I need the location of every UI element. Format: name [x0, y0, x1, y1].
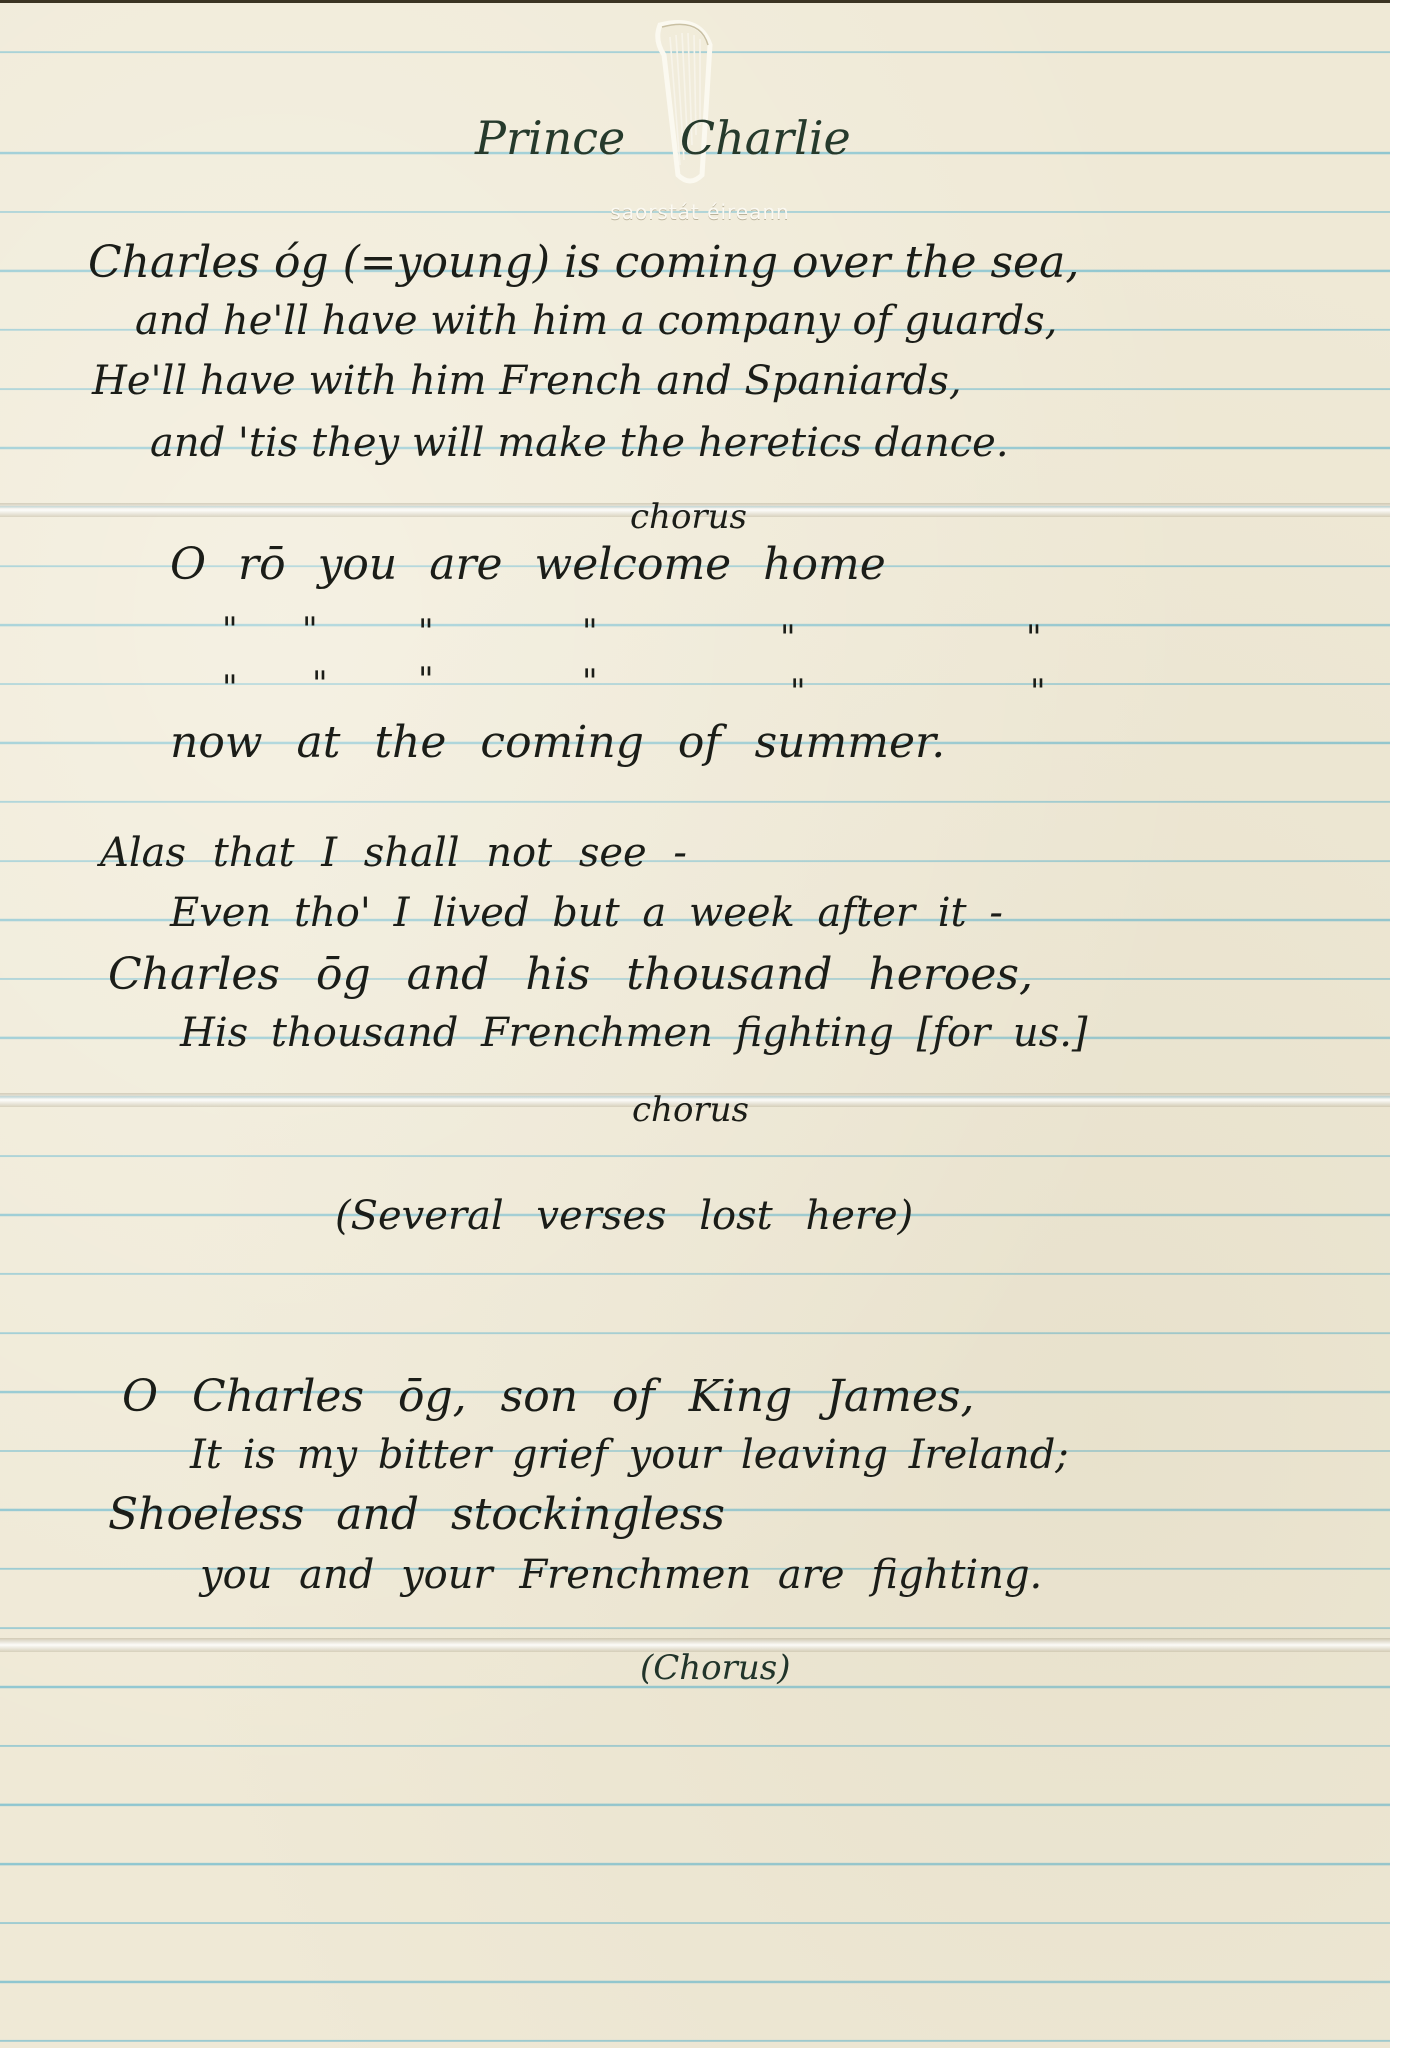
ditto-mark: " — [418, 615, 434, 649]
verse2-line1: Alas that I shall not see - — [100, 833, 687, 873]
ditto-mark: " — [312, 667, 328, 701]
ditto-mark: " — [302, 613, 318, 647]
verse2-line3: Charles ōg and his thousand heroes, — [108, 953, 1033, 997]
verse2-line4: His thousand Frenchmen fighting [for us.… — [180, 1013, 1088, 1053]
verse3-line4: you and your Frenchmen are fighting. — [200, 1555, 1042, 1595]
verse1-line2: and he'll have with him a company of gua… — [135, 301, 1057, 341]
ditto-mark: " — [790, 675, 806, 709]
ditto-mark: " — [222, 613, 238, 647]
lined-paper-sheet: saorstát éireann Prince Charlie Charles … — [0, 0, 1390, 2048]
ditto-mark: " — [582, 615, 598, 649]
ditto-mark: " — [582, 665, 598, 699]
ditto-mark: " — [1026, 621, 1042, 655]
verse3-line2: It is my bitter grief your leaving Irela… — [190, 1435, 1069, 1475]
letterhead-embossed-text: saorstát éireann — [530, 200, 870, 224]
ditto-mark: " — [222, 671, 238, 705]
verse1-line4: and 'tis they will make the heretics dan… — [150, 423, 1009, 463]
chorus-line1: O rō you are welcome home — [170, 543, 886, 587]
verse1-line1: Charles óg (=young) is coming over the s… — [88, 241, 1079, 285]
ditto-mark: " — [780, 621, 796, 655]
verse1-line3: He'll have with him French and Spaniards… — [92, 361, 962, 401]
document-title: Prince Charlie — [475, 115, 851, 161]
ditto-mark: " — [418, 663, 434, 697]
chorus-label: (Chorus) — [640, 1651, 791, 1685]
ditto-mark: " — [1030, 675, 1046, 709]
verse3-line3: Shoeless and stockingless — [108, 1493, 725, 1537]
verse2-line2: Even tho' I lived but a week after it - — [170, 893, 1003, 933]
chorus-label: chorus — [630, 500, 747, 534]
verse3-line1: O Charles ōg, son of King James, — [122, 1375, 974, 1419]
chorus-line4: now at the coming of summer. — [170, 721, 945, 765]
chorus-label: chorus — [632, 1093, 749, 1127]
lost-verses-note: (Several verses lost here) — [335, 1196, 913, 1236]
